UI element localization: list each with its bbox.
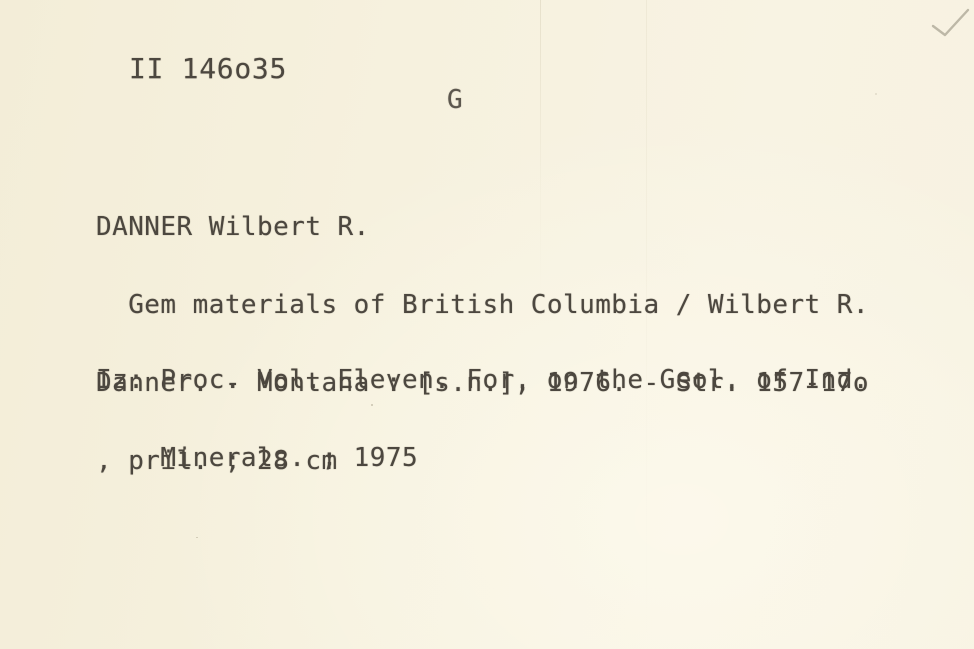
- source-line-1: Iz: Proc. Vol. Eleven. For. on the Geol.…: [96, 367, 869, 393]
- source-line-2: Minerals. ; 1975: [96, 445, 869, 471]
- call-number: II 146o35: [129, 55, 287, 83]
- section-letter: G: [447, 87, 463, 113]
- author-line: DANNER Wilbert R.: [96, 214, 869, 240]
- source-note: Iz: Proc. Vol. Eleven. For. on the Geol.…: [96, 315, 869, 523]
- checkmark-icon: [925, 2, 973, 44]
- paper-speck: [196, 537, 198, 538]
- catalog-card: II 146o35 G DANNER Wilbert R. Gem materi…: [0, 0, 974, 649]
- paper-speck: [875, 93, 877, 95]
